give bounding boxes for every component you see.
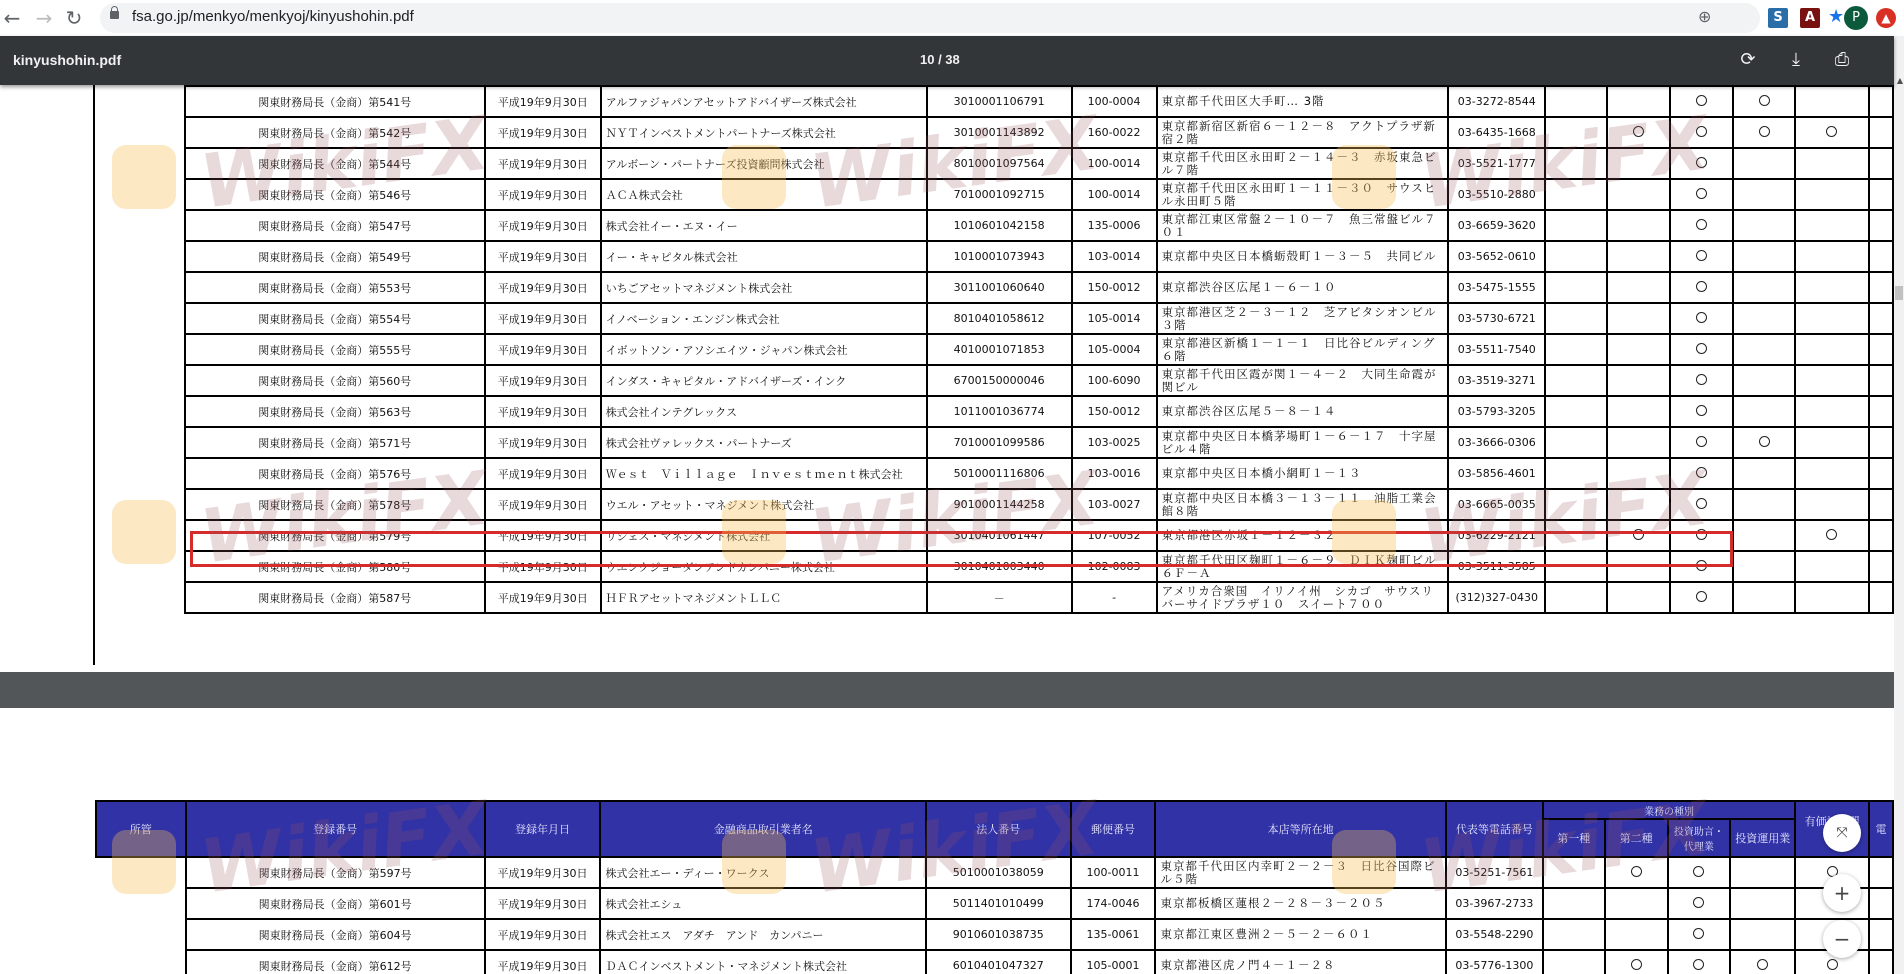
extra-cell bbox=[1869, 210, 1893, 241]
circle-mark-icon bbox=[1696, 126, 1707, 137]
address-cell: 東京都千代田区永田町１－１１－３０ サウスヒル永田町５階 bbox=[1157, 179, 1449, 210]
corporate-number-cell: 4010001071853 bbox=[927, 334, 1072, 365]
address-cell: 東京都新宿区新宿６－１２－８ アクトプラザ新宿２階 bbox=[1157, 117, 1449, 148]
company-name-cell: ＨＦＲアセットマネジメントＬＬＣ bbox=[601, 582, 927, 613]
circle-mark-icon bbox=[1696, 312, 1707, 323]
corporate-number-cell: 5011401010499 bbox=[926, 888, 1071, 919]
jurisdiction-cell bbox=[96, 857, 186, 888]
circle-mark-icon bbox=[1696, 374, 1707, 385]
corporate-number-cell: 3010401061447 bbox=[927, 520, 1072, 551]
jurisdiction-cell bbox=[95, 520, 185, 551]
company-name-cell: ＤＡＣインベストメント・マネジメント株式会社 bbox=[600, 950, 925, 974]
business-type-cell bbox=[1543, 888, 1605, 919]
table-row-highlighted: 関東財務局長（金商）第578号平成19年9月30日ウエル・アセット・マネジメント… bbox=[95, 489, 1893, 520]
address-cell: 東京都中央区日本橋茅場町１－６－１７ 十字屋ビル４階 bbox=[1157, 427, 1449, 458]
registration-number-cell: 関東財務局長（金商）第597号 bbox=[186, 857, 485, 888]
address-cell: 東京都千代田区霞が関１－４－２ 大同生命霞が関ビル bbox=[1157, 365, 1449, 396]
business-type-cell bbox=[1607, 334, 1670, 365]
registration-date-cell: 平成19年9月30日 bbox=[485, 117, 601, 148]
business-type-cell bbox=[1670, 551, 1733, 582]
address-cell: 東京都渋谷区広尾５－８－１４ bbox=[1157, 396, 1449, 427]
registration-date-cell: 平成19年9月30日 bbox=[485, 179, 601, 210]
business-type-cell bbox=[1730, 919, 1795, 950]
address-cell: 東京都千代田区永田町２－１４－３ 赤坂東急ビル７階 bbox=[1157, 148, 1449, 179]
corporate-number-cell: 6700150000046 bbox=[927, 365, 1072, 396]
business-type-cell bbox=[1733, 303, 1795, 334]
phone-cell: 03-3666-0306 bbox=[1448, 427, 1545, 458]
business-type-cell bbox=[1733, 86, 1795, 117]
table-row: 関東財務局長（金商）第576号平成19年9月30日Ｗｅｓｔ Ｖｉｌｌａｇｅ Ｉｎ… bbox=[95, 458, 1893, 489]
phone-cell: 03-5793-3205 bbox=[1448, 396, 1545, 427]
business-type-cell bbox=[1545, 365, 1607, 396]
business-type-cell bbox=[1543, 919, 1605, 950]
zoom-out-icon[interactable]: − bbox=[1823, 920, 1861, 958]
scrollbar-thumb[interactable] bbox=[1895, 286, 1903, 300]
phone-cell: 03-3511-3585 bbox=[1448, 551, 1545, 582]
acrobat-icon[interactable]: A bbox=[1800, 8, 1820, 28]
profile-avatar[interactable]: P bbox=[1844, 6, 1868, 30]
company-name-cell: イボットソン・アソシエイツ・ジャパン株式会社 bbox=[601, 334, 927, 365]
registration-date-cell: 平成19年9月30日 bbox=[485, 427, 601, 458]
registration-date-cell: 平成19年9月30日 bbox=[485, 334, 601, 365]
business-type-cell bbox=[1795, 520, 1869, 551]
circle-mark-icon bbox=[1696, 436, 1707, 447]
business-type-cell bbox=[1733, 179, 1795, 210]
header-phone: 代表等電話番号 bbox=[1446, 801, 1543, 857]
address-cell: 東京都千代田区内幸町２－２－３ 日比谷国際ビル５階 bbox=[1155, 857, 1445, 888]
circle-mark-icon bbox=[1759, 126, 1770, 137]
registration-date-cell: 平成19年9月30日 bbox=[485, 272, 601, 303]
address-cell: 東京都港区芝２－３－１２ 芝アビタシオンビル３階 bbox=[1157, 303, 1449, 334]
circle-mark-icon bbox=[1696, 188, 1707, 199]
corporate-number-cell: 1010601042158 bbox=[927, 210, 1072, 241]
circle-mark-icon bbox=[1693, 928, 1704, 939]
print-icon[interactable]: ⎙ bbox=[1828, 46, 1856, 74]
company-name-cell: 株式会社ヴァレックス・パートナーズ bbox=[601, 427, 927, 458]
business-type-cell bbox=[1670, 396, 1733, 427]
pdf-page-11: 所管 登録番号 登録年月日 金融商品取引業者名 法人番号 郵便番号 本店等所在地… bbox=[0, 708, 1894, 974]
lock-icon bbox=[110, 11, 119, 19]
business-type-cell bbox=[1670, 179, 1733, 210]
circle-mark-icon bbox=[1759, 95, 1770, 106]
document-title: kinyushohin.pdf bbox=[13, 52, 121, 68]
corporate-number-cell: 7010001092715 bbox=[927, 179, 1072, 210]
registration-number-cell: 関東財務局長（金商）第579号 bbox=[185, 520, 485, 551]
table-row: 関東財務局長（金商）第541号平成19年9月30日アルファジャパンアセットアドバ… bbox=[95, 86, 1893, 117]
business-type-cell bbox=[1670, 582, 1733, 613]
circle-mark-icon bbox=[1693, 959, 1704, 970]
company-name-cell: ＡＣＡ株式会社 bbox=[601, 179, 927, 210]
extra-cell bbox=[1869, 148, 1893, 179]
table-row: 関東財務局長（金商）第546号平成19年9月30日ＡＣＡ株式会社70100010… bbox=[95, 179, 1893, 210]
company-name-cell: ウエンクジョーダンアンドカンパニー株式会社 bbox=[601, 551, 927, 582]
page-indicator: 10 / 38 bbox=[920, 52, 960, 67]
registration-date-cell: 平成19年9月30日 bbox=[485, 458, 601, 489]
circle-mark-icon bbox=[1693, 897, 1704, 908]
phone-cell: 03-3967-2733 bbox=[1446, 888, 1543, 919]
business-type-cell bbox=[1733, 520, 1795, 551]
company-name-cell: 株式会社インテグレックス bbox=[601, 396, 927, 427]
circle-mark-icon bbox=[1696, 591, 1707, 602]
phone-cell: 03-5521-1777 bbox=[1448, 148, 1545, 179]
table-row: 関東財務局長（金商）第554号平成19年9月30日イノベーション・エンジン株式会… bbox=[95, 303, 1893, 334]
extra-cell bbox=[1869, 396, 1893, 427]
business-type-cell bbox=[1670, 148, 1733, 179]
business-type-cell bbox=[1670, 86, 1733, 117]
address-cell: 東京都江東区豊洲２－５－２－６０１ bbox=[1155, 919, 1445, 950]
business-type-cell bbox=[1795, 272, 1869, 303]
postal-code-cell: 150-0012 bbox=[1072, 272, 1157, 303]
header-type1: 第一種 bbox=[1543, 819, 1605, 857]
phone-cell: 03-6659-3620 bbox=[1448, 210, 1545, 241]
company-name-cell: 株式会社エス アダチ アンド カンパニー bbox=[600, 919, 925, 950]
url-text[interactable]: fsa.go.jp/menkyo/menkyoj/kinyushohin.pdf bbox=[132, 8, 414, 25]
table-row: 関東財務局長（金商）第580号平成19年9月30日ウエンクジョーダンアンドカンパ… bbox=[95, 551, 1893, 582]
phone-cell: 03-6229-2121 bbox=[1448, 520, 1545, 551]
extra-cell bbox=[1869, 117, 1893, 148]
circle-mark-icon bbox=[1696, 219, 1707, 230]
registration-date-cell: 平成19年9月30日 bbox=[485, 919, 601, 950]
business-type-cell bbox=[1795, 303, 1869, 334]
corporate-number-cell: 3011001060640 bbox=[927, 272, 1072, 303]
extra-cell bbox=[1869, 334, 1893, 365]
circle-mark-icon bbox=[1696, 529, 1707, 540]
registration-number-cell: 関東財務局長（金商）第604号 bbox=[186, 919, 485, 950]
business-type-cell bbox=[1545, 303, 1607, 334]
business-type-cell bbox=[1607, 396, 1670, 427]
business-type-cell bbox=[1607, 551, 1670, 582]
table-row: 関東財務局長（金商）第571号平成19年9月30日株式会社ヴァレックス・パートナ… bbox=[95, 427, 1893, 458]
phone-cell: 03-5548-2290 bbox=[1446, 919, 1543, 950]
extra-cell bbox=[1869, 582, 1893, 613]
company-name-cell: アルボーン・パートナーズ投資顧問株式会社 bbox=[601, 148, 927, 179]
extra-cell bbox=[1869, 303, 1893, 334]
circle-mark-icon bbox=[1826, 529, 1837, 540]
registration-number-cell: 関東財務局長（金商）第554号 bbox=[185, 303, 485, 334]
postal-code-cell: 100-0014 bbox=[1072, 179, 1157, 210]
phone-cell: 03-5511-7540 bbox=[1448, 334, 1545, 365]
business-type-cell bbox=[1668, 888, 1731, 919]
business-type-cell bbox=[1545, 117, 1607, 148]
jurisdiction-cell bbox=[95, 427, 185, 458]
business-type-cell bbox=[1607, 148, 1670, 179]
circle-mark-icon bbox=[1631, 959, 1642, 970]
download-icon[interactable]: ⤓ bbox=[1782, 46, 1810, 74]
postal-code-cell: 100-0014 bbox=[1072, 148, 1157, 179]
circle-mark-icon bbox=[1696, 467, 1707, 478]
corporate-number-cell: － bbox=[927, 582, 1072, 613]
company-name-cell: ＮＹＴインベストメントパートナーズ株式会社 bbox=[601, 117, 927, 148]
jurisdiction-cell bbox=[95, 210, 185, 241]
business-type-cell bbox=[1795, 582, 1869, 613]
business-type-cell bbox=[1670, 334, 1733, 365]
business-type-cell bbox=[1605, 950, 1668, 974]
browser-toolbar: ← → ↻ fsa.go.jp/menkyo/menkyoj/kinyushoh… bbox=[0, 0, 1904, 36]
circle-mark-icon bbox=[1696, 498, 1707, 509]
extension-s-icon[interactable]: S bbox=[1768, 8, 1788, 28]
jurisdiction-cell bbox=[95, 148, 185, 179]
business-type-cell bbox=[1670, 427, 1733, 458]
business-type-cell bbox=[1670, 241, 1733, 272]
business-type-cell bbox=[1795, 241, 1869, 272]
address-cell: アメリカ合衆国 イリノイ州 シカゴ サウスリバーサイドプラザ１０ スイート７００ bbox=[1157, 582, 1449, 613]
registration-date-cell: 平成19年9月30日 bbox=[485, 365, 601, 396]
table-row: 関東財務局長（金商）第563号平成19年9月30日株式会社インテグレックス101… bbox=[95, 396, 1893, 427]
business-type-cell bbox=[1795, 396, 1869, 427]
postal-code-cell: 103-0025 bbox=[1072, 427, 1157, 458]
registration-number-cell: 関東財務局長（金商）第542号 bbox=[185, 117, 485, 148]
extra-cell bbox=[1869, 365, 1893, 396]
table-row: 関東財務局長（金商）第579号平成19年9月30日リシェス・マネジメント株式会社… bbox=[95, 520, 1893, 551]
business-type-cell bbox=[1733, 396, 1795, 427]
registration-number-cell: 関東財務局長（金商）第571号 bbox=[185, 427, 485, 458]
extra-cell bbox=[1869, 458, 1893, 489]
business-type-cell bbox=[1545, 427, 1607, 458]
registration-number-cell: 関東財務局長（金商）第612号 bbox=[186, 950, 485, 974]
address-cell: 東京都港区虎ノ門４－１－２８ bbox=[1155, 950, 1445, 974]
registration-date-cell: 平成19年9月30日 bbox=[485, 210, 601, 241]
circle-mark-icon bbox=[1757, 959, 1768, 970]
vertical-scrollbar[interactable]: ▲ bbox=[1894, 36, 1904, 974]
registration-number-cell: 関東財務局長（金商）第547号 bbox=[185, 210, 485, 241]
company-name-cell: Ｗｅｓｔ Ｖｉｌｌａｇｅ Ｉｎｖｅｓｔｍｅｎｔ株式会社 bbox=[601, 458, 927, 489]
bookmark-star-icon[interactable]: ★ bbox=[1828, 6, 1844, 27]
registration-date-cell: 平成19年9月30日 bbox=[485, 888, 601, 919]
jurisdiction-cell bbox=[95, 489, 185, 520]
phone-cell: 03-3272-8544 bbox=[1448, 86, 1545, 117]
address-cell: 東京都千代田区麹町１－６－９ ＤＩＫ麹町ビル６Ｆ－Ａ bbox=[1157, 551, 1449, 582]
corporate-number-cell: 9010601038735 bbox=[926, 919, 1071, 950]
business-type-cell bbox=[1668, 919, 1731, 950]
business-type-cell bbox=[1670, 210, 1733, 241]
company-name-cell: いちごアセットマネジメント株式会社 bbox=[601, 272, 927, 303]
address-cell: 東京都板橋区蓮根２－２８－３－２０５ bbox=[1155, 888, 1445, 919]
business-type-cell bbox=[1605, 919, 1668, 950]
corporate-number-cell: 8010401058612 bbox=[927, 303, 1072, 334]
postal-code-cell: 100-0011 bbox=[1071, 857, 1156, 888]
business-type-cell bbox=[1670, 489, 1733, 520]
pdf-toolbar: kinyushohin.pdf 10 / 38 ⟳ ⤓ ⎙ bbox=[0, 36, 1894, 85]
fit-page-icon[interactable]: ⤧ bbox=[1823, 814, 1861, 852]
circle-mark-icon bbox=[1631, 866, 1642, 877]
registration-number-cell: 関東財務局長（金商）第546号 bbox=[185, 179, 485, 210]
business-type-cell bbox=[1670, 272, 1733, 303]
reload-icon[interactable]: ↻ bbox=[62, 4, 86, 32]
business-type-cell bbox=[1733, 210, 1795, 241]
registration-number-cell: 関東財務局長（金商）第576号 bbox=[185, 458, 485, 489]
business-type-cell bbox=[1795, 458, 1869, 489]
circle-mark-icon bbox=[1693, 866, 1704, 877]
registration-number-cell: 関東財務局長（金商）第544号 bbox=[185, 148, 485, 179]
table-row: 関東財務局長（金商）第604号平成19年9月30日株式会社エス アダチ アンド … bbox=[96, 919, 1893, 950]
business-type-cell bbox=[1607, 210, 1670, 241]
jurisdiction-cell bbox=[95, 551, 185, 582]
extra-cell bbox=[1869, 427, 1893, 458]
phone-cell: (312)327-0430 bbox=[1448, 582, 1545, 613]
zoom-icon[interactable]: ⊕ bbox=[1698, 7, 1711, 26]
registration-date-cell: 平成19年9月30日 bbox=[485, 489, 601, 520]
registration-date-cell: 平成19年9月30日 bbox=[485, 148, 601, 179]
company-name-cell: リシェス・マネジメント株式会社 bbox=[601, 520, 927, 551]
business-type-cell bbox=[1545, 458, 1607, 489]
business-type-cell bbox=[1668, 950, 1731, 974]
extra-cell bbox=[1869, 489, 1893, 520]
pdf-page-10: 関東財務局長（金商）第541号平成19年9月30日アルファジャパンアセットアドバ… bbox=[0, 36, 1894, 672]
business-type-cell bbox=[1607, 241, 1670, 272]
registration-number-cell: 関東財務局長（金商）第578号 bbox=[185, 489, 485, 520]
corporate-number-cell: 5010001116806 bbox=[927, 458, 1072, 489]
company-name-cell: インダス・キャピタル・アドバイザーズ・インク bbox=[601, 365, 927, 396]
extra-cell bbox=[1869, 179, 1893, 210]
header-investment-management: 投資運用業 bbox=[1730, 819, 1795, 857]
postal-code-cell: 150-0012 bbox=[1072, 396, 1157, 427]
address-cell: 東京都中央区日本橋蛎殻町１－３－５ 共同ビル bbox=[1157, 241, 1449, 272]
corporate-number-cell: 1011001036774 bbox=[927, 396, 1072, 427]
business-type-cell bbox=[1605, 857, 1668, 888]
jurisdiction-cell bbox=[95, 241, 185, 272]
business-type-cell bbox=[1545, 551, 1607, 582]
scroll-up-arrow-icon[interactable]: ▲ bbox=[1897, 76, 1903, 85]
circle-mark-icon bbox=[1696, 405, 1707, 416]
business-type-cell bbox=[1607, 303, 1670, 334]
extra-cell bbox=[1869, 857, 1893, 888]
circle-mark-icon bbox=[1696, 157, 1707, 168]
postal-code-cell: 135-0006 bbox=[1072, 210, 1157, 241]
registration-date-cell: 平成19年9月30日 bbox=[485, 241, 601, 272]
business-type-cell bbox=[1670, 303, 1733, 334]
business-type-cell bbox=[1545, 179, 1607, 210]
phone-cell: 03-5856-4601 bbox=[1448, 458, 1545, 489]
forward-icon[interactable]: → bbox=[32, 4, 56, 32]
company-name-cell: 株式会社エー・ディー・ワークス bbox=[600, 857, 925, 888]
corporate-number-cell: 3010001106791 bbox=[927, 86, 1072, 117]
header-jurisdiction: 所管 bbox=[96, 801, 186, 857]
business-type-cell bbox=[1545, 396, 1607, 427]
postal-code-cell: 103-0016 bbox=[1072, 458, 1157, 489]
business-type-cell bbox=[1730, 950, 1795, 974]
company-name-cell: ウエル・アセット・マネジメント株式会社 bbox=[601, 489, 927, 520]
business-type-cell bbox=[1545, 272, 1607, 303]
registration-date-cell: 平成19年9月30日 bbox=[485, 551, 601, 582]
rotate-icon[interactable]: ⟳ bbox=[1734, 46, 1762, 74]
jurisdiction-cell bbox=[95, 458, 185, 489]
header-registration-number: 登録番号 bbox=[186, 801, 485, 857]
postal-code-cell: 160-0022 bbox=[1072, 117, 1157, 148]
header-extra: 電 bbox=[1869, 801, 1893, 857]
registration-number-cell: 関東財務局長（金商）第560号 bbox=[185, 365, 485, 396]
registration-date-cell: 平成19年9月30日 bbox=[485, 857, 601, 888]
postal-code-cell: 135-0061 bbox=[1071, 919, 1156, 950]
company-name-cell: 株式会社イー・エヌ・イー bbox=[601, 210, 927, 241]
postal-code-cell: 105-0014 bbox=[1072, 303, 1157, 334]
company-name-cell: イー・キャピタル株式会社 bbox=[601, 241, 927, 272]
circle-mark-icon bbox=[1826, 126, 1837, 137]
business-type-cell bbox=[1605, 888, 1668, 919]
extra-cell bbox=[1869, 888, 1893, 919]
table-row: 関東財務局長（金商）第587号平成19年9月30日ＨＦＲアセットマネジメントＬＬ… bbox=[95, 582, 1893, 613]
postal-code-cell: 105-0001 bbox=[1071, 950, 1156, 974]
zoom-in-icon[interactable]: + bbox=[1823, 874, 1861, 912]
registration-date-cell: 平成19年9月30日 bbox=[485, 520, 601, 551]
jurisdiction-cell bbox=[96, 888, 186, 919]
header-business-type: 業務の種別 bbox=[1543, 801, 1795, 819]
address-cell: 東京都渋谷区広尾１－６－１０ bbox=[1157, 272, 1449, 303]
jurisdiction-cell bbox=[95, 272, 185, 303]
address-cell: 東京都中央区日本橋小網町１－１３ bbox=[1157, 458, 1449, 489]
business-type-cell bbox=[1607, 365, 1670, 396]
registration-date-cell: 平成19年9月30日 bbox=[485, 950, 601, 974]
registration-number-cell: 関東財務局長（金商）第541号 bbox=[185, 86, 485, 117]
extra-cell bbox=[1869, 272, 1893, 303]
company-name-cell: アルファジャパンアセットアドバイザーズ株式会社 bbox=[601, 86, 927, 117]
business-type-cell bbox=[1733, 551, 1795, 582]
table-row: 関東財務局長（金商）第555号平成19年9月30日イボットソン・アソシエイツ・ジ… bbox=[95, 334, 1893, 365]
table-row: 関東財務局長（金商）第542号平成19年9月30日ＮＹＴインベストメントパートナ… bbox=[95, 117, 1893, 148]
back-icon[interactable]: ← bbox=[0, 4, 24, 32]
corporate-number-cell: 8010001097564 bbox=[927, 148, 1072, 179]
extension-red-icon[interactable]: ▲ bbox=[1876, 8, 1896, 28]
registration-date-cell: 平成19年9月30日 bbox=[485, 582, 601, 613]
jurisdiction-cell bbox=[96, 950, 186, 974]
company-name-cell: 株式会社エシュ bbox=[600, 888, 925, 919]
registration-date-cell: 平成19年9月30日 bbox=[485, 396, 601, 427]
business-type-cell bbox=[1607, 86, 1670, 117]
table-row: 関東財務局長（金商）第612号平成19年9月30日ＤＡＣインベストメント・マネジ… bbox=[96, 950, 1893, 974]
business-type-cell bbox=[1670, 520, 1733, 551]
postal-code-cell: 103-0027 bbox=[1072, 489, 1157, 520]
business-type-cell bbox=[1733, 489, 1795, 520]
extra-cell bbox=[1869, 551, 1893, 582]
registry-table-page-11: 所管 登録番号 登録年月日 金融商品取引業者名 法人番号 郵便番号 本店等所在地… bbox=[95, 800, 1894, 974]
phone-cell: 03-5730-6721 bbox=[1448, 303, 1545, 334]
registration-number-cell: 関東財務局長（金商）第555号 bbox=[185, 334, 485, 365]
business-type-cell bbox=[1733, 117, 1795, 148]
company-name-cell: イノベーション・エンジン株式会社 bbox=[601, 303, 927, 334]
business-type-cell bbox=[1545, 489, 1607, 520]
corporate-number-cell: 3010001143892 bbox=[927, 117, 1072, 148]
address-bar[interactable]: fsa.go.jp/menkyo/menkyoj/kinyushohin.pdf… bbox=[100, 3, 1760, 33]
header-type2: 第二種 bbox=[1605, 819, 1668, 857]
address-cell: 東京都中央区日本橋３－１３－１１ 油脂工業会館８階 bbox=[1157, 489, 1449, 520]
business-type-cell bbox=[1733, 582, 1795, 613]
business-type-cell bbox=[1545, 241, 1607, 272]
jurisdiction-cell bbox=[95, 117, 185, 148]
extra-cell bbox=[1869, 950, 1893, 974]
registration-date-cell: 平成19年9月30日 bbox=[485, 86, 601, 117]
corporate-number-cell: 1010001073943 bbox=[927, 241, 1072, 272]
corporate-number-cell: 7010001099586 bbox=[927, 427, 1072, 458]
business-type-cell bbox=[1668, 857, 1731, 888]
business-type-cell bbox=[1545, 148, 1607, 179]
registration-number-cell: 関東財務局長（金商）第587号 bbox=[185, 582, 485, 613]
phone-cell: 03-5251-7561 bbox=[1446, 857, 1543, 888]
business-type-cell bbox=[1730, 888, 1795, 919]
postal-code-cell: - bbox=[1072, 582, 1157, 613]
phone-cell: 03-3519-3271 bbox=[1448, 365, 1545, 396]
circle-mark-icon bbox=[1759, 436, 1770, 447]
business-type-cell bbox=[1733, 272, 1795, 303]
phone-cell: 03-6665-0035 bbox=[1448, 489, 1545, 520]
jurisdiction-cell bbox=[95, 582, 185, 613]
business-type-cell bbox=[1607, 427, 1670, 458]
business-type-cell bbox=[1795, 179, 1869, 210]
business-type-cell bbox=[1795, 117, 1869, 148]
postal-code-cell: 102-0083 bbox=[1072, 551, 1157, 582]
business-type-cell bbox=[1607, 489, 1670, 520]
address-cell: 東京都江東区常盤２－１０－７ 魚三常盤ビル７０１ bbox=[1157, 210, 1449, 241]
table-row: 関東財務局長（金商）第544号平成19年9月30日アルボーン・パートナーズ投資顧… bbox=[95, 148, 1893, 179]
circle-mark-icon bbox=[1696, 250, 1707, 261]
